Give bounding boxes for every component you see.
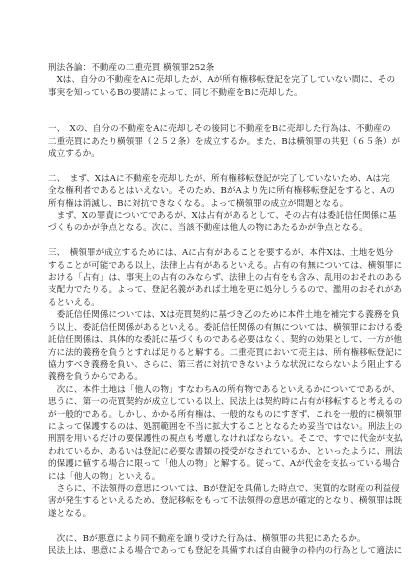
spacer xyxy=(48,160,361,172)
section-3-line: 三、 横領罪が成立するためには、Aに占有があることを要するが、本件Xは、土地を処… xyxy=(48,247,361,259)
section-3-line: さらに、不法領得の意思については、Bが登記を具備した時点で、実質的な財産の利益侵 xyxy=(48,483,361,495)
facts-line: 事実を知っているBの要請によって、同じ不動産をBに売却した。 xyxy=(48,87,361,99)
section-4-line: 次に、Bが悪意により同不動産を譲り受けた行為は、横領罪の共犯にあたるか。 xyxy=(48,533,361,545)
section-3-line: 害が発生するといえるため、登記移転をもって不法領得の意思が確定的となり、横領罪は… xyxy=(48,495,361,507)
section-3-line: 的保護に値する場合に限って「他人の物」と解する。従って、Aが代金を支払っている場… xyxy=(48,458,361,470)
spacer xyxy=(48,99,361,123)
section-3-line: 託信任関係は、具体的な委託に基づくものである必要はなく、契約の効果として、一方が… xyxy=(48,334,361,346)
section-2-line: 二、 まず、XはAに不動産を売却したが、所有権移転登記が完了していないため、Aは… xyxy=(48,173,361,185)
section-3-line: することが可能である以上、法律上占有があるといえる。占有の有無については、横領罪… xyxy=(48,260,361,272)
section-3-line: 支配力でたりる。よって、登記名義があれば土地を更に処分しうるので、濫用のおそれが… xyxy=(48,284,361,296)
section-2-line: まず、Xの罪責についてであるが、Xは占有があるとして、その占有は委託信任関係に基 xyxy=(48,210,361,222)
section-3-line: るといえる。 xyxy=(48,297,361,309)
section-3-line: われているか、あるいは登記に必要な書類の授受がなされているか、といったように、刑… xyxy=(48,446,361,458)
section-4-line: 民法上は、悪意による場合であっても登記を具備すれば自由競争の枠内の行為として適法… xyxy=(48,545,361,557)
section-3-line: 思うに、第一の売買契約が成立している以上、民法上は契約時に占有が移転すると考える… xyxy=(48,396,361,408)
section-2-line: 所有権は消滅し、Bに対抗できなくなる。よって横領罪の成立が問題となる。 xyxy=(48,198,361,210)
spacer xyxy=(48,235,361,247)
section-3-line: 遂となる。 xyxy=(48,508,361,520)
facts-line: Xは、自分の不動産をAに売却したが、Aが所有権移転登記を完了していない間に、その xyxy=(48,74,361,86)
document-page: 刑法各論：不動産の二重売買 横領罪252条 Xは、自分の不動産をAに売却したが、… xyxy=(48,62,361,557)
section-1-line: 一、 Xの、自分の不動産をAに売却しその後同じ不動産をBに売却した行為は、不動産… xyxy=(48,123,361,135)
section-3-line: 協力すべき義務を負い、さらに、第三者に対抗できないような状況にならないよう阻止す… xyxy=(48,359,361,371)
section-2-line: 全な権利者であるとはいえない。そのため、BがAより先に所有権移転登記をすると、A… xyxy=(48,185,361,197)
section-3-line: が一般的である。しかし、かかる所有権は、一般的なものにすぎず、これを一般的に横領… xyxy=(48,409,361,421)
document-title: 刑法各論：不動産の二重売買 横領罪252条 xyxy=(48,62,361,74)
section-2-line: づくものかが争点となる。次に、当該不動産は他人の物にあたるかが争点となる。 xyxy=(48,222,361,234)
section-3-line: う以上、委託信任関係があるといえる。委託信任関係の有無については、横領罪における… xyxy=(48,322,361,334)
section-1-line: 成立するか。 xyxy=(48,148,361,160)
section-3-line: 次に、本件土地は「他人の物」すなわちAの所有物であるといえるかについてであるが、 xyxy=(48,384,361,396)
section-3-line: おける「占有」は、事実上の占有のみならず、法律上の占有をも含み、乱用のおそれのあ… xyxy=(48,272,361,284)
section-3-line: 刑罰を用いるだけの要保護性の視点も考慮しなければならない。そこで、すでに代金が支… xyxy=(48,433,361,445)
section-1-line: 二重売買にあたり横領罪（２５２条）を成立するか。また、Bは横領罪の共犯（６５条）… xyxy=(48,136,361,148)
section-3-line: には「他人の物」といえる。 xyxy=(48,471,361,483)
spacer xyxy=(48,520,361,532)
section-3-line: 方に法的義務を負うとすれば足りると解する。二重売買において売主は、所有権移転登記… xyxy=(48,347,361,359)
section-3-line: によって保護するのは、処罰範囲を不当に拡大することとなるため妥当ではない。刑法上… xyxy=(48,421,361,433)
section-3-line: 義務を負うからである。 xyxy=(48,371,361,383)
section-3-line: 委託信任関係については、Xは売買契約に基づき乙のために本件土地を補完する義務を負 xyxy=(48,309,361,321)
